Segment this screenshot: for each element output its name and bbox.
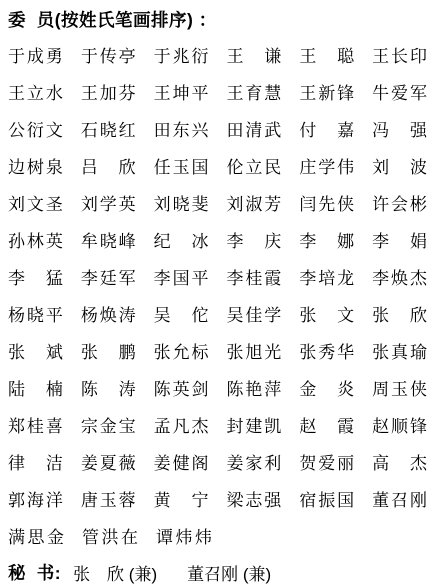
member-name: 吕 欣 — [81, 153, 136, 178]
member-name: 刘文圣 — [8, 190, 63, 215]
member-name: 伦立民 — [226, 153, 281, 178]
member-name: 封建凯 — [226, 412, 281, 437]
member-name: 王加芬 — [81, 79, 136, 104]
member-name: 田东兴 — [154, 116, 209, 141]
member-name: 陈英剑 — [154, 375, 209, 400]
member-name: 孟凡杰 — [154, 412, 209, 437]
member-name: 李 猛 — [8, 264, 63, 289]
member-name: 王立水 — [8, 79, 63, 104]
member-name: 陆 楠 — [8, 375, 63, 400]
member-name: 宿振国 — [299, 486, 354, 511]
member-name: 郭海洋 — [8, 486, 63, 511]
member-name: 张允标 — [154, 338, 209, 363]
secretary-row: 秘 书: 张 欣 (兼) 董召刚 (兼) — [8, 558, 445, 585]
member-name: 李 娜 — [299, 227, 354, 252]
member-name: 郑桂喜 — [8, 412, 63, 437]
secretary-name: 董召刚 (兼) — [187, 560, 271, 585]
member-name: 牟晓峰 — [81, 227, 136, 252]
member-name: 王 谦 — [226, 42, 281, 67]
member-name: 李焕杰 — [372, 264, 427, 289]
member-name: 李培龙 — [299, 264, 354, 289]
member-name: 李廷军 — [81, 264, 136, 289]
member-name: 许会彬 — [372, 190, 427, 215]
member-name: 杨焕涛 — [81, 301, 136, 326]
member-name: 孙林英 — [8, 227, 63, 252]
member-name: 边树泉 — [8, 153, 63, 178]
member-row: 王立水王加芬王坤平王育慧王新锋牛爱军 — [8, 73, 445, 110]
member-row: 满思金管洪在谭炜炜 — [8, 517, 445, 554]
member-name: 杨晓平 — [8, 301, 63, 326]
member-name: 董召刚 — [372, 486, 427, 511]
member-name: 王坤平 — [154, 79, 209, 104]
committee-heading: 委 员(按姓氏笔画排序) ： — [8, 6, 445, 34]
member-name: 张旭光 — [226, 338, 281, 363]
member-row: 于成勇于传亭于兆衍王 谦王 聪王长印 — [8, 36, 445, 73]
page: 委 员(按姓氏笔画排序) ： 于成勇于传亭于兆衍王 谦王 聪王长印 王立水王加芬… — [0, 0, 445, 585]
member-name: 任玉国 — [154, 153, 209, 178]
member-name: 付 嘉 — [299, 116, 354, 141]
member-row: 杨晓平杨焕涛吴 佗吴佳学张 文张 欣 — [8, 295, 445, 332]
member-name: 吴 佗 — [154, 301, 209, 326]
secretary-label: 秘 书: — [8, 560, 61, 585]
member-row: 郑桂喜宗金宝孟凡杰封建凯赵 霞赵顺锋 — [8, 406, 445, 443]
member-name: 唐玉蓉 — [81, 486, 136, 511]
member-name: 刘晓斐 — [154, 190, 209, 215]
member-row: 孙林英牟晓峰纪 冰李 庆李 娜李 娟 — [8, 221, 445, 258]
member-name: 王 聪 — [299, 42, 354, 67]
member-name: 李 庆 — [226, 227, 281, 252]
member-name: 谭炜炜 — [156, 523, 212, 548]
member-name: 赵顺锋 — [372, 412, 427, 437]
member-name: 纪 冰 — [154, 227, 209, 252]
member-name: 闫先侠 — [299, 190, 354, 215]
member-name: 陈艳萍 — [226, 375, 281, 400]
member-name: 公衍文 — [8, 116, 63, 141]
member-grid: 于成勇于传亭于兆衍王 谦王 聪王长印 王立水王加芬王坤平王育慧王新锋牛爱军 公衍… — [8, 36, 445, 554]
member-name: 石晓红 — [81, 116, 136, 141]
member-name: 于成勇 — [8, 42, 63, 67]
member-name: 王长印 — [372, 42, 427, 67]
member-name: 张 鹏 — [81, 338, 136, 363]
member-name: 周玉侠 — [372, 375, 427, 400]
member-row: 张 斌张 鹏张允标张旭光张秀华张真瑜 — [8, 332, 445, 369]
member-row: 律 洁姜夏薇姜健阁姜家利贺爱丽高 杰 — [8, 443, 445, 480]
member-row: 公衍文石晓红田东兴田清武付 嘉冯 强 — [8, 110, 445, 147]
member-name: 管洪在 — [82, 523, 138, 548]
member-name: 吴佳学 — [226, 301, 281, 326]
member-name: 刘淑芳 — [226, 190, 281, 215]
member-name: 王新锋 — [299, 79, 354, 104]
member-name: 于传亭 — [81, 42, 136, 67]
member-name: 王育慧 — [226, 79, 281, 104]
member-name: 黄 宁 — [154, 486, 209, 511]
member-name: 李国平 — [154, 264, 209, 289]
member-name: 律 洁 — [8, 449, 63, 474]
member-name: 李 娟 — [372, 227, 427, 252]
member-name: 张真瑜 — [372, 338, 427, 363]
member-name: 冯 强 — [372, 116, 427, 141]
member-name: 张 斌 — [8, 338, 63, 363]
member-name: 姜家利 — [226, 449, 281, 474]
member-name: 姜健阁 — [154, 449, 209, 474]
member-name: 张 欣 — [372, 301, 427, 326]
member-name: 李桂霞 — [226, 264, 281, 289]
member-name: 张秀华 — [299, 338, 354, 363]
member-name: 金 炎 — [299, 375, 354, 400]
member-name: 刘 波 — [372, 153, 427, 178]
member-name: 梁志强 — [226, 486, 281, 511]
member-name: 田清武 — [226, 116, 281, 141]
member-row: 郭海洋唐玉蓉黄 宁梁志强宿振国董召刚 — [8, 480, 445, 517]
secretary-name: 张 欣 (兼) — [73, 560, 157, 585]
member-row: 刘文圣刘学英刘晓斐刘淑芳闫先侠许会彬 — [8, 184, 445, 221]
member-name: 庄学伟 — [299, 153, 354, 178]
member-row: 李 猛李廷军李国平李桂霞李培龙李焕杰 — [8, 258, 445, 295]
member-row: 陆 楠陈 涛陈英剑陈艳萍金 炎周玉侠 — [8, 369, 445, 406]
member-name: 高 杰 — [372, 449, 427, 474]
member-row: 边树泉吕 欣任玉国伦立民庄学伟刘 波 — [8, 147, 445, 184]
member-name: 贺爱丽 — [299, 449, 354, 474]
member-name: 牛爱军 — [372, 79, 427, 104]
member-name: 宗金宝 — [81, 412, 136, 437]
member-name: 张 文 — [299, 301, 354, 326]
member-name: 刘学英 — [81, 190, 136, 215]
member-name: 于兆衍 — [154, 42, 209, 67]
member-name: 姜夏薇 — [81, 449, 136, 474]
member-name: 陈 涛 — [81, 375, 136, 400]
member-name: 赵 霞 — [299, 412, 354, 437]
member-name: 满思金 — [8, 523, 64, 548]
